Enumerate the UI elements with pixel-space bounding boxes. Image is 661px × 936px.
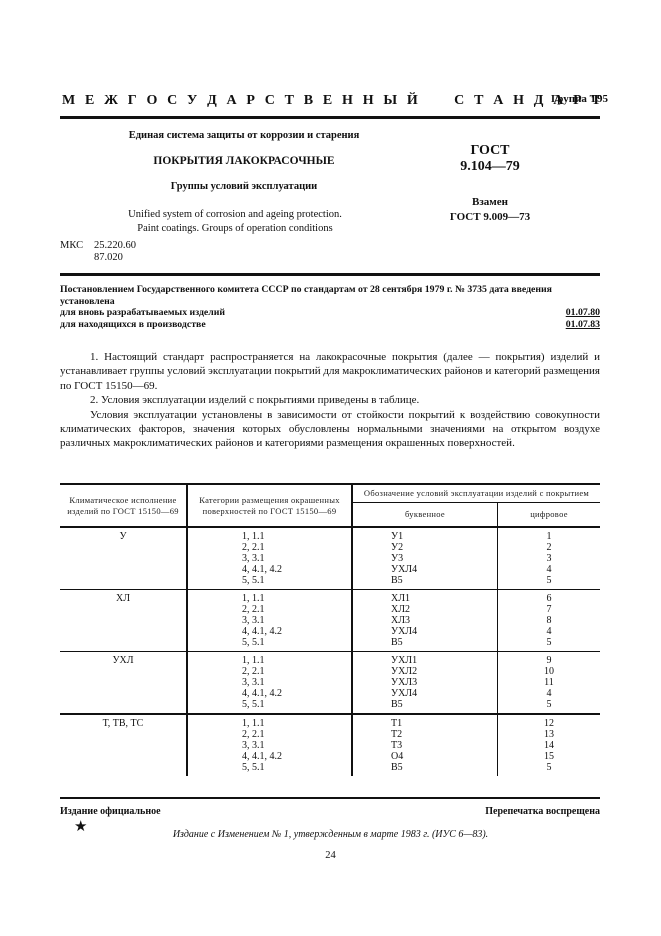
climate-cell: Т, ТВ, ТС [60, 714, 187, 776]
digit-code-cell-value: 13 [502, 729, 596, 740]
letter-code-cell: ХЛ1ХЛ2ХЛ3УХЛ4В5 [352, 590, 498, 652]
title-rule [60, 273, 600, 276]
letter-code-cell-value: УХЛ4 [357, 626, 493, 637]
header-category: Категории размещения окрашенных поверхно… [187, 484, 352, 527]
digit-code-cell-value: 5 [502, 699, 596, 710]
banner-letter: У [187, 93, 197, 109]
letter-code-cell-value: В5 [357, 762, 493, 773]
banner-letter: С [265, 93, 275, 109]
digit-code-cell-value: 1 [502, 531, 596, 542]
banner-letter: Т [474, 93, 483, 109]
gost-designation: ГОСТ 9.104—79 [430, 143, 550, 175]
banner-letter: Т [591, 93, 600, 109]
footer-rule [60, 797, 600, 799]
table-body: У1, 1.12, 2.13, 3.14, 4.1, 4.25, 5.1У1У2… [60, 527, 600, 776]
system-title: Единая система защиты от коррозии и стар… [124, 130, 364, 141]
letter-code-cell-value: ХЛ3 [357, 615, 493, 626]
banner-letter: М [62, 93, 75, 109]
header-climate: Климатическое исполнение изделий по ГОСТ… [60, 484, 187, 527]
banner-letter: Н [363, 93, 374, 109]
gost-label: ГОСТ [430, 143, 550, 159]
banner-letter: Ж [104, 93, 118, 109]
letter-code-cell-value: У2 [357, 542, 493, 553]
digit-code-cell: 9101145 [498, 652, 601, 715]
letter-code-cell-value: УХЛ4 [357, 688, 493, 699]
category-cell-value: 5, 5.1 [192, 637, 347, 648]
decree-row: для вновь разрабатываемых изделий 01.07.… [60, 307, 600, 319]
mks-label: МКС [60, 240, 83, 251]
banner-letter: С [454, 93, 464, 109]
letter-code-cell-value: УХЛ1 [357, 655, 493, 666]
page-number: 24 [0, 850, 661, 861]
letter-code-cell-value: УХЛ2 [357, 666, 493, 677]
category-cell-value: 1, 1.1 [192, 655, 347, 666]
banner-letter: Т [285, 93, 294, 109]
category-cell-value: 5, 5.1 [192, 699, 347, 710]
banner-letter: С [167, 93, 177, 109]
category-cell: 1, 1.12, 2.13, 3.14, 4.1, 4.25, 5.1 [187, 527, 352, 590]
category-cell-value: 2, 2.1 [192, 542, 347, 553]
category-cell-value: 4, 4.1, 4.2 [192, 751, 347, 762]
decree-row-date: 01.07.80 [566, 307, 600, 319]
category-cell-value: 3, 3.1 [192, 677, 347, 688]
digit-code-cell-value: 6 [502, 593, 596, 604]
letter-code-cell-value: ХЛ2 [357, 604, 493, 615]
header-designation: Обозначение условий эксплуатации изделий… [352, 484, 600, 503]
mks-code: 87.020 [94, 252, 136, 264]
banner-letter: Н [342, 93, 353, 109]
table-row: УХЛ1, 1.12, 2.13, 3.14, 4.1, 4.25, 5.1УХ… [60, 652, 600, 715]
category-cell-value: 4, 4.1, 4.2 [192, 688, 347, 699]
letter-code-cell-value: В5 [357, 637, 493, 648]
letter-code-cell-value: ХЛ1 [357, 593, 493, 604]
letter-code-cell: У1У2У3УХЛ4В5 [352, 527, 498, 590]
gost-number: 9.104—79 [430, 159, 550, 175]
category-cell-value: 1, 1.1 [192, 718, 347, 729]
reprint-notice: Перепечатка воспрещена [485, 806, 600, 817]
climate-cell-value: У [64, 531, 182, 542]
digit-code-cell-value: 10 [502, 666, 596, 677]
banner-letter: Р [246, 93, 255, 109]
category-cell-value: 4, 4.1, 4.2 [192, 564, 347, 575]
digit-code-cell-value: 15 [502, 751, 596, 762]
digit-code-cell-value: 5 [502, 575, 596, 586]
category-cell: 1, 1.12, 2.13, 3.14, 4.1, 4.25, 5.1 [187, 590, 352, 652]
table-row: ХЛ1, 1.12, 2.13, 3.14, 4.1, 4.25, 5.1ХЛ1… [60, 590, 600, 652]
category-cell-value: 1, 1.1 [192, 531, 347, 542]
digit-code-cell-value: 4 [502, 564, 596, 575]
banner-letter: Д [207, 93, 217, 109]
replaces-block: Взамен ГОСТ 9.009—73 [430, 195, 550, 225]
digit-code-cell-value: 5 [502, 637, 596, 648]
digit-code-cell: 12345 [498, 527, 601, 590]
official-edition: Издание официальное [60, 806, 161, 817]
climate-cell-value: ХЛ [64, 593, 182, 604]
letter-code-cell-value: Т1 [357, 718, 493, 729]
paragraph: 2. Условия эксплуатации изделий с покрыт… [60, 393, 600, 407]
digit-code-cell-value: 9 [502, 655, 596, 666]
english-line-2: Paint coatings. Groups of operation cond… [110, 222, 360, 236]
banner-letter: В [304, 93, 313, 109]
digit-code-cell-value: 3 [502, 553, 596, 564]
digit-code-cell: 67845 [498, 590, 601, 652]
letter-code-cell-value: УХЛ3 [357, 677, 493, 688]
banner-letter: Н [513, 93, 524, 109]
letter-code-cell-value: У1 [357, 531, 493, 542]
climate-cell-value: УХЛ [64, 655, 182, 666]
english-title: Unified system of corrosion and ageing p… [110, 208, 360, 236]
english-line-1: Unified system of corrosion and ageing p… [110, 208, 360, 222]
letter-code-cell-value: В5 [357, 699, 493, 710]
banner-letter: Д [534, 93, 544, 109]
category-cell-value: 2, 2.1 [192, 729, 347, 740]
table-row: У1, 1.12, 2.13, 3.14, 4.1, 4.25, 5.1У1У2… [60, 527, 600, 590]
letter-code-cell-value: У3 [357, 553, 493, 564]
category-cell-value: 2, 2.1 [192, 666, 347, 677]
mks-codes: 25.220.60 87.020 [94, 240, 136, 264]
letter-code-cell: Т1Т2Т3О4В5 [352, 714, 498, 776]
amendment-note: Издание с Изменением № 1, утвержденным в… [0, 829, 661, 840]
replaces-label: Взамен [430, 195, 550, 210]
digit-code-cell-value: 8 [502, 615, 596, 626]
climate-cell: У [60, 527, 187, 590]
category-cell-value: 3, 3.1 [192, 553, 347, 564]
decree-row-date: 01.07.83 [566, 319, 600, 331]
digit-code-cell-value: 14 [502, 740, 596, 751]
climate-cell-value: Т, ТВ, ТС [64, 718, 182, 729]
category-cell: 1, 1.12, 2.13, 3.14, 4.1, 4.25, 5.1 [187, 714, 352, 776]
digit-code-cell-value: 4 [502, 688, 596, 699]
paragraph: 1. Настоящий стандарт распространяется н… [60, 350, 600, 393]
letter-code-cell-value: Т2 [357, 729, 493, 740]
decree-block: Постановлением Государственного комитета… [60, 284, 600, 330]
banner-rule [60, 116, 600, 119]
banner-letter: Е [323, 93, 332, 109]
decree-row-label: для находящихся в производстве [60, 319, 206, 331]
banner-letter: Е [85, 93, 94, 109]
paragraph: Условия эксплуатации установлены в завис… [60, 408, 600, 451]
banner-letter [428, 93, 432, 109]
banner-letter: Р [573, 93, 582, 109]
digit-code-cell-value: 12 [502, 718, 596, 729]
banner-letter: Й [407, 93, 418, 109]
body-text: 1. Настоящий стандарт распространяется н… [60, 350, 600, 451]
decree-text: Постановлением Государственного комитета… [60, 284, 600, 307]
table-row: Т, ТВ, ТС1, 1.12, 2.13, 3.14, 4.1, 4.25,… [60, 714, 600, 776]
banner-letter: А [227, 93, 237, 109]
banner-letter: Ы [383, 93, 397, 109]
digit-code-cell-value: 5 [502, 762, 596, 773]
letter-code-cell-value: О4 [357, 751, 493, 762]
standard-banner: МЕЖГОСУДАРСТВЕННЫЙ СТАНДАРТ [62, 93, 601, 109]
category-cell-value: 5, 5.1 [192, 575, 347, 586]
document-subtitle: Группы условий эксплуатации [124, 181, 364, 192]
banner-letter: Г [128, 93, 137, 109]
digit-code-cell-value: 7 [502, 604, 596, 615]
letter-code-cell-value: В5 [357, 575, 493, 586]
digit-code-cell-value: 4 [502, 626, 596, 637]
category-cell-value: 3, 3.1 [192, 615, 347, 626]
category-cell-value: 4, 4.1, 4.2 [192, 626, 347, 637]
mks-code: 25.220.60 [94, 240, 136, 252]
climate-cell: ХЛ [60, 590, 187, 652]
header-digit: цифровое [498, 503, 601, 528]
replaces-number: ГОСТ 9.009—73 [430, 210, 550, 225]
letter-code-cell-value: УХЛ4 [357, 564, 493, 575]
header-letter: буквенное [352, 503, 498, 528]
letter-code-cell-value: Т3 [357, 740, 493, 751]
digit-code-cell-value: 2 [502, 542, 596, 553]
letter-code-cell: УХЛ1УХЛ2УХЛ3УХЛ4В5 [352, 652, 498, 715]
conditions-table: Климатическое исполнение изделий по ГОСТ… [60, 483, 600, 776]
banner-letter [441, 93, 445, 109]
decree-row-label: для вновь разрабатываемых изделий [60, 307, 225, 319]
decree-row: для находящихся в производстве 01.07.83 [60, 319, 600, 331]
digit-code-cell: 121314155 [498, 714, 601, 776]
category-cell: 1, 1.12, 2.13, 3.14, 4.1, 4.25, 5.1 [187, 652, 352, 715]
category-cell-value: 5, 5.1 [192, 762, 347, 773]
document-title: ПОКРЫТИЯ ЛАКОКРАСОЧНЫЕ [124, 155, 364, 167]
category-cell-value: 1, 1.1 [192, 593, 347, 604]
category-cell-value: 2, 2.1 [192, 604, 347, 615]
banner-letter: А [493, 93, 503, 109]
banner-letter: О [146, 93, 157, 109]
category-cell-value: 3, 3.1 [192, 740, 347, 751]
banner-letter: А [553, 93, 563, 109]
digit-code-cell-value: 11 [502, 677, 596, 688]
climate-cell: УХЛ [60, 652, 187, 715]
